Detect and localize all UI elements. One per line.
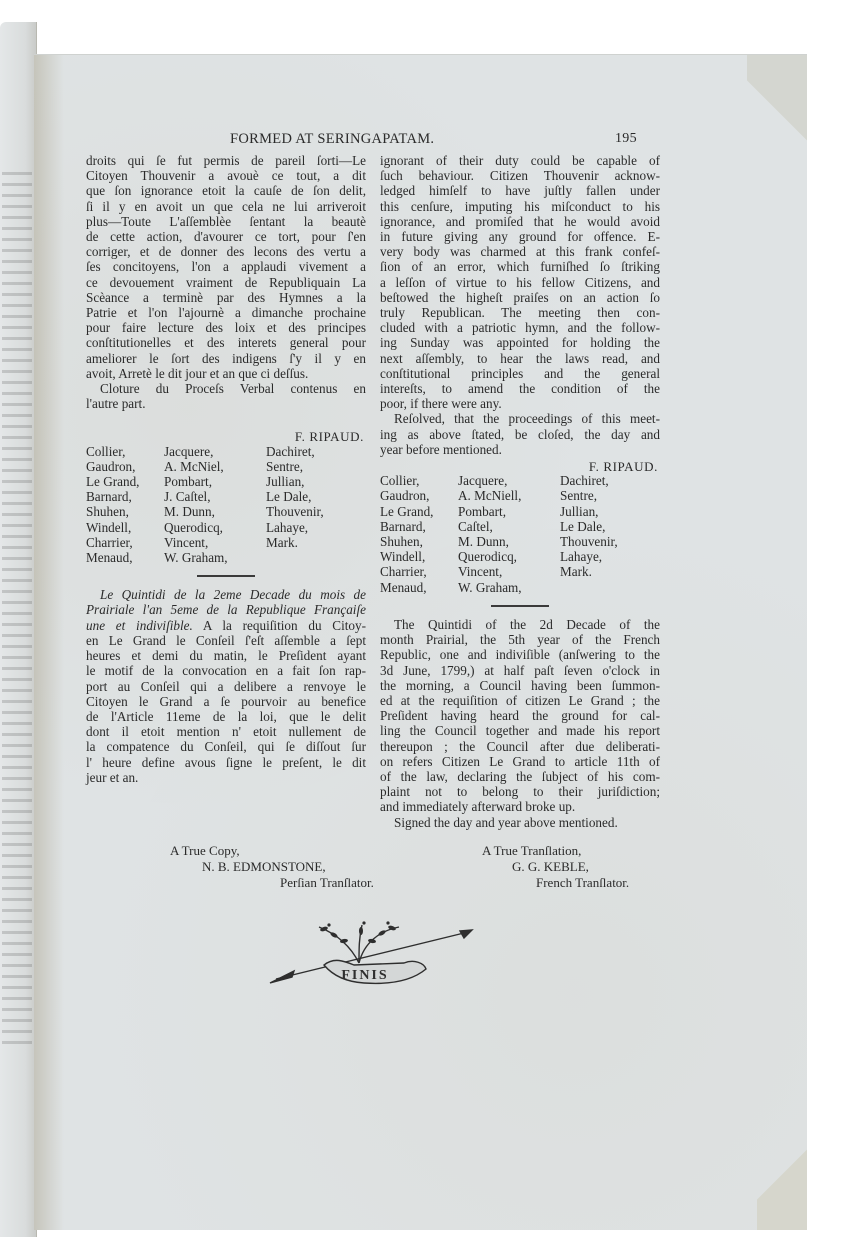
signatory-name: A. McNiell,: [458, 488, 560, 503]
text-line: truly Republican. The meeting then con-: [380, 305, 660, 320]
right-signoff-line1: A True Tranſlation,: [482, 843, 712, 859]
text-line: l'autre part.: [86, 396, 366, 411]
text-line: Preſident having heard the ground for ca…: [380, 708, 660, 723]
text-line: Cloture du Proceſs Verbal contenus en: [86, 381, 366, 396]
signatory-name: A. McNiel,: [164, 459, 266, 474]
text-line: en Le Grand le Conſeil ſ'eſt aſſemble a …: [86, 633, 366, 648]
left-paragraph-2: Cloture du Proceſs Verbal contenus enl'a…: [86, 381, 366, 411]
signatory-name: Menaud,: [380, 580, 458, 595]
folded-corner-bottom: [757, 1120, 807, 1230]
text-line: Prairiale l'an 5eme de la Republique Fra…: [86, 602, 366, 617]
left-paragraph-3: Le Quintidi de la 2eme Decade du mois de…: [86, 587, 366, 785]
text-line: avoit, Arretè le dit jour et an que ci d…: [86, 366, 366, 381]
signatory-name: Vincent,: [458, 564, 560, 579]
text-line: port au Conſeil qui a delibere a renvoye…: [86, 679, 366, 694]
signatory-name: W. Graham,: [458, 580, 560, 595]
text-line: ſi il y en avoit un que cela ne lui arri…: [86, 199, 366, 214]
finis-ornament-icon: FINIS: [264, 913, 474, 993]
signatory-name: Dachiret,: [266, 444, 366, 459]
text-line: la compatence du Conſeil, qui ſe diſſout…: [86, 739, 366, 754]
signatory-name: Collier,: [86, 444, 164, 459]
signatory-name: Collier,: [380, 473, 458, 488]
signatory-name: Le Grand,: [380, 504, 458, 519]
roman-text: A la requiſition du Citoy-: [193, 618, 366, 633]
signatory-name: Jacquere,: [458, 473, 560, 488]
text-line: next aſſembly, to hear the laws read, an…: [380, 351, 660, 366]
signatory-name: Gaudron,: [86, 459, 164, 474]
right-signatory-lead: F. RIPAUD.: [380, 459, 660, 474]
signatory-name: Windell,: [86, 520, 164, 535]
text-line: jeur et an.: [86, 770, 366, 785]
text-line: Reſolved, that the proceedings of this m…: [380, 411, 660, 426]
text-line: ed at the requiſition of citizen Le Gran…: [380, 693, 660, 708]
signatory-name: Pombart,: [458, 504, 560, 519]
text-line: a leſſon of virtue to his fellow Citizen…: [380, 275, 660, 290]
signatory-name: Querodicq,: [458, 549, 560, 564]
text-line: ce devouement vraiment de Republiquain L…: [86, 275, 366, 290]
text-line: Le Quintidi de la 2eme Decade du mois de: [86, 587, 366, 602]
signatory-name: Shuhen,: [86, 504, 164, 519]
right-section-rule: [491, 605, 549, 607]
text-line: of the law, declaring the ſubject of his…: [380, 769, 660, 784]
signatory-name: M. Dunn,: [164, 504, 266, 519]
left-signatories-list: Collier,Jacquere,Dachiret,Gaudron,A. McN…: [86, 444, 366, 566]
left-signoff-title: Perſian Tranſlator.: [170, 875, 400, 891]
text-line: Patrie et l'on l'ajournè a dimanche proc…: [86, 305, 366, 320]
signatory-name: Thouvenir,: [560, 534, 660, 549]
text-line: ignorance, and promiſed that he would av…: [380, 214, 660, 229]
text-line: ſuch behaviour. Citizen Thouvenir acknow…: [380, 168, 660, 183]
left-signatory-lead: F. RIPAUD.: [86, 429, 366, 444]
page-gutter-shadow: [34, 55, 64, 1230]
text-line: conſtitutionelles et des interets genera…: [86, 335, 366, 350]
signatory-name: Menaud,: [86, 550, 164, 565]
text-line: in future giving any ground for offence.…: [380, 229, 660, 244]
text-line: ling the Council together and made his r…: [380, 723, 660, 738]
signatory-name: Le Grand,: [86, 474, 164, 489]
signatory-name: Windell,: [380, 549, 458, 564]
text-line: beſtowed the higheſt praiſes on an actio…: [380, 290, 660, 305]
signatory-name: Dachiret,: [560, 473, 660, 488]
text-line: Republic, one and indiviſible (anſwering…: [380, 647, 660, 662]
right-signoff-title: French Tranſlator.: [482, 875, 712, 891]
text-line: ing as above ſtated, be cloſed, the day …: [380, 427, 660, 442]
right-signatories-list: Collier,Jacquere,Dachiret,Gaudron,A. McN…: [380, 473, 660, 595]
signatory-name: Le Dale,: [266, 489, 366, 504]
text-line: ameliorer le ſort des indigens ſ'y il y …: [86, 351, 366, 366]
text-line: dont il etoit mention n' etoit nullement…: [86, 724, 366, 739]
text-line: the morning, a Council having been ſummo…: [380, 678, 660, 693]
signatory-name: Lahaye,: [266, 520, 366, 535]
right-signoff: A True Tranſlation, G. G. KEBLE, French …: [482, 843, 712, 891]
left-section-rule: [197, 575, 255, 577]
text-line: Scèance a terminè par des Hymnes a la: [86, 290, 366, 305]
text-line: thereupon ; the Council after due delibe…: [380, 739, 660, 754]
text-line: poor, if there were any.: [380, 396, 660, 411]
signatory-name: Le Dale,: [560, 519, 660, 534]
signatory-name: M. Dunn,: [458, 534, 560, 549]
signatory-name: Mark.: [560, 564, 660, 579]
text-line: de cette action, d'avourer ce tort, pour…: [86, 229, 366, 244]
signatory-name: W. Graham,: [164, 550, 266, 565]
signatory-name: Sentre,: [266, 459, 366, 474]
signatory-name: Thouvenir,: [266, 504, 366, 519]
text-line: heures et demi du matin, le Preſident ay…: [86, 648, 366, 663]
text-line: l' heure define avous ſigne le preſent, …: [86, 755, 366, 770]
signatory-name: Shuhen,: [380, 534, 458, 549]
italic-text: une et indiviſible.: [86, 618, 193, 633]
previous-page-text-ghost: [2, 172, 32, 1052]
signatory-name: Jullian,: [266, 474, 366, 489]
signatory-name: Caſtel,: [458, 519, 560, 534]
text-line: ing Sunday was appointed for holding the: [380, 335, 660, 350]
text-line: Citoyen le Grand a ſe pourvoir au benefi…: [86, 694, 366, 709]
signatory-name: Jullian,: [560, 504, 660, 519]
text-line: de l'Article 11eme de la loi, que le del…: [86, 709, 366, 724]
text-line: corriger, et de donner des lecons des ve…: [86, 244, 366, 259]
right-paragraph-4: Signed the day and year above mentioned.: [380, 815, 660, 830]
text-line: plaint not to belong to their juriſdicti…: [380, 784, 660, 799]
text-line: Signed the day and year above mentioned.: [380, 815, 660, 830]
signatory-name: Querodicq,: [164, 520, 266, 535]
signatory-name: Mark.: [266, 535, 366, 550]
signatory-name: [560, 580, 660, 595]
signatory-name: Gaudron,: [380, 488, 458, 503]
text-line: on refers Citizen Le Grand to article 11…: [380, 754, 660, 769]
signatory-name: Charrier,: [380, 564, 458, 579]
text-line: The Quintidi of the 2d Decade of the: [380, 617, 660, 632]
signatory-name: Barnard,: [380, 519, 458, 534]
signatory-name: [266, 550, 366, 565]
signatory-name: Jacquere,: [164, 444, 266, 459]
signatory-name: Sentre,: [560, 488, 660, 503]
page-number: 195: [615, 131, 637, 147]
right-paragraph-1: ignorant of their duty could be capable …: [380, 153, 660, 411]
text-line: 3d June, 1799,) at half paſt ſeven o'clo…: [380, 663, 660, 678]
previous-page-edge: [0, 22, 37, 1237]
text-line: very body was charmed at this frank conf…: [380, 244, 660, 259]
text-line: ledged himſelf to have juſtly fallen und…: [380, 183, 660, 198]
text-line: conſtitutional principles and the genera…: [380, 366, 660, 381]
text-line: Citoyen Thouvenir a avouè ce tout, a dit: [86, 168, 366, 183]
left-signoff: A True Copy, N. B. EDMONSTONE, Perſian T…: [170, 843, 400, 891]
left-signoff-name: N. B. EDMONSTONE,: [170, 859, 400, 875]
svg-text:FINIS: FINIS: [341, 968, 388, 983]
text-line: ſion of an error, which furniſhed ſo ſtr…: [380, 259, 660, 274]
signatory-name: Vincent,: [164, 535, 266, 550]
right-paragraph-3: The Quintidi of the 2d Decade of themont…: [380, 617, 660, 815]
right-paragraph-2: Reſolved, that the proceedings of this m…: [380, 411, 660, 457]
signatory-name: Charrier,: [86, 535, 164, 550]
text-line: ignorant of their duty could be capable …: [380, 153, 660, 168]
signatory-name: Pombart,: [164, 474, 266, 489]
text-line: this cenſure, imputing his miſconduct to…: [380, 199, 660, 214]
text-line: year before mentioned.: [380, 442, 660, 457]
text-line: cluded with a patriotic hymn, and the fo…: [380, 320, 660, 335]
left-column-french: droits qui ſe fut permis de pareil ſorti…: [86, 153, 366, 785]
text-line: que ſon ignorance etoit la cauſe de ſon …: [86, 183, 366, 198]
right-signoff-name: G. G. KEBLE,: [482, 859, 712, 875]
text-line: intereſts, to amend the condition of the: [380, 381, 660, 396]
right-column-english: ignorant of their duty could be capable …: [380, 153, 660, 830]
left-signoff-line1: A True Copy,: [170, 843, 400, 859]
text-line: le motif de la convocation en a fait ſon…: [86, 663, 366, 678]
left-paragraph-1: droits qui ſe fut permis de pareil ſorti…: [86, 153, 366, 381]
signatory-name: J. Caſtel,: [164, 489, 266, 504]
text-line: ſes concitoyens, l'on a applaudi vivemen…: [86, 259, 366, 274]
signatory-name: Barnard,: [86, 489, 164, 504]
page-header: FORMED AT SERINGAPATAM. 195: [34, 131, 807, 151]
text-line: plus—Toute L'aſſemblèe ſentant la beautè: [86, 214, 366, 229]
running-head: FORMED AT SERINGAPATAM.: [230, 131, 434, 148]
text-line: and immediately afterward broke up.: [380, 799, 660, 814]
text-line: pour faire lecture des loix et des princ…: [86, 320, 366, 335]
text-line: une et indiviſible. A la requiſition du …: [86, 618, 366, 633]
book-page: FORMED AT SERINGAPATAM. 195 droits qui ſ…: [34, 54, 807, 1230]
text-line: month Prairial, the 5th year of the Fren…: [380, 632, 660, 647]
signatory-name: Lahaye,: [560, 549, 660, 564]
text-line: droits qui ſe fut permis de pareil ſorti…: [86, 153, 366, 168]
